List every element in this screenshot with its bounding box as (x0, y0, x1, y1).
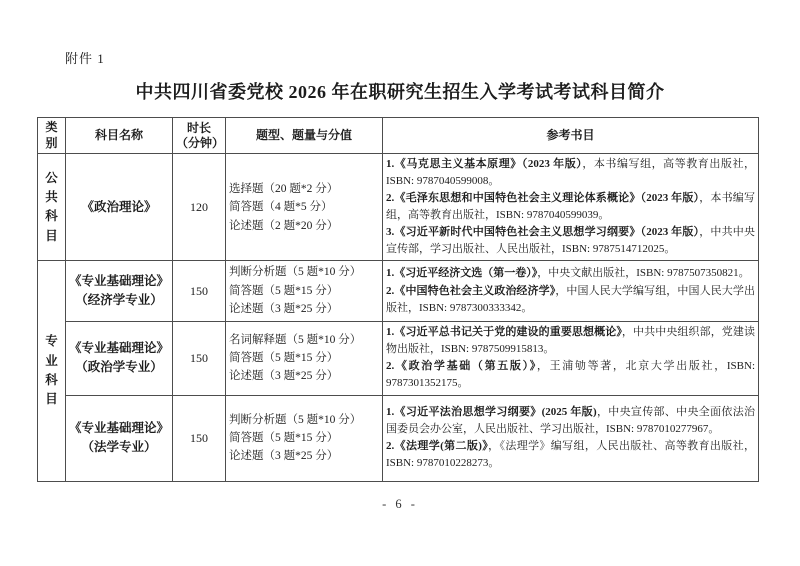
subject-name: 《专业基础理论》 (69, 419, 169, 438)
subject-name: 《政治理论》 (69, 198, 169, 217)
duration-cell: 150 (173, 321, 226, 395)
header-duration-label: 时长 (176, 121, 222, 136)
table-header-row: 类别 科目名称 时长 （分钟） 题型、题量与分值 参考书目 (38, 118, 759, 154)
question-type-line: 简答题（5 题*15 分） (229, 349, 379, 367)
question-type-line: 简答题（4 题*5 分） (229, 198, 379, 216)
references-cell: 1.《习近平总书记关于党的建设的重要思想概论》，中共中央组织部，党建读物出版社，… (383, 321, 759, 395)
category-cell-public: 公共科目 (38, 154, 66, 261)
reference-entry: 1.《习近平总书记关于党的建设的重要思想概论》，中共中央组织部，党建读物出版社，… (386, 324, 755, 358)
subject-cell: 《专业基础理论》 （政治学专业） (66, 321, 173, 395)
references-cell: 1.《马克思主义基本原理》（2023 年版），本书编写组，高等教育出版社，ISB… (383, 154, 759, 261)
subject-cell: 《专业基础理论》 （经济学专业） (66, 261, 173, 321)
reference-detail: ，中央文献出版社，ISBN: 9787507350821。 (537, 267, 749, 279)
header-cell-references: 参考书目 (383, 118, 759, 154)
question-type-line: 论述题（3 题*25 分） (229, 300, 379, 318)
reference-entry: 1.《马克思主义基本原理》（2023 年版），本书编写组，高等教育出版社，ISB… (386, 156, 755, 190)
subject-cell: 《专业基础理论》 （法学专业） (66, 395, 173, 481)
reference-title: 2.《法理学(第二版)》 (386, 440, 488, 452)
category-cell-professional: 专业科目 (38, 261, 66, 481)
reference-entry: 2.《毛泽东思想和中国特色社会主义理论体系概论》（2023 年版），本书编写组，… (386, 190, 755, 224)
duration-cell: 120 (173, 154, 226, 261)
reference-entry: 2.《法理学(第二版)》，《法理学》编写组，人民出版社、高等教育出版社，ISBN… (386, 438, 755, 472)
reference-title: 1.《马克思主义基本原理》（2023 年版） (386, 158, 582, 170)
subject-major: （经济学专业） (69, 291, 169, 310)
duration-cell: 150 (173, 395, 226, 481)
page-number: - 6 - (0, 497, 800, 512)
header-category-label: 类别 (46, 120, 58, 151)
references-cell: 1.《习近平经济文选（第一卷）》，中央文献出版社，ISBN: 978750735… (383, 261, 759, 321)
header-cell-duration: 时长 （分钟） (173, 118, 226, 154)
question-type-line: 论述题（3 题*25 分） (229, 447, 379, 465)
table-row: 专业科目 《专业基础理论》 （经济学专业） 150 判断分析题（5 题*10 分… (38, 261, 759, 321)
reference-entry: 3.《习近平新时代中国特色社会主义思想学习纲要》（2023 年版），中共中央宣传… (386, 224, 755, 258)
table-row: 《专业基础理论》 （政治学专业） 150 名词解释题（5 题*10 分） 简答题… (38, 321, 759, 395)
header-references-label: 参考书目 (546, 128, 594, 142)
table-row: 《专业基础理论》 （法学专业） 150 判断分析题（5 题*10 分） 简答题（… (38, 395, 759, 481)
question-type-line: 名词解释题（5 题*10 分） (229, 331, 379, 349)
duration-cell: 150 (173, 261, 226, 321)
question-type-line: 简答题（5 题*15 分） (229, 282, 379, 300)
question-type-line: 判断分析题（5 题*10 分） (229, 411, 379, 429)
questions-cell: 判断分析题（5 题*10 分） 简答题（5 题*15 分） 论述题（3 题*25… (226, 395, 383, 481)
subject-cell: 《政治理论》 (66, 154, 173, 261)
question-type-line: 判断分析题（5 题*10 分） (229, 263, 379, 281)
reference-title: 1.《习近平法治思想学习纲要》(2025 年版) (386, 406, 597, 418)
reference-entry: 1.《习近平经济文选（第一卷）》，中央文献出版社，ISBN: 978750735… (386, 265, 755, 282)
subject-major: （法学专业） (69, 438, 169, 457)
exam-subjects-table: 类别 科目名称 时长 （分钟） 题型、题量与分值 参考书目 公共科目 《政治理论… (37, 117, 759, 482)
header-cell-questions: 题型、题量与分值 (226, 118, 383, 154)
questions-cell: 判断分析题（5 题*10 分） 简答题（5 题*15 分） 论述题（3 题*25… (226, 261, 383, 321)
category-label-public: 公共科目 (45, 169, 58, 247)
question-type-line: 选择题（20 题*2 分） (229, 180, 379, 198)
question-type-line: 论述题（3 题*25 分） (229, 367, 379, 385)
questions-cell: 名词解释题（5 题*10 分） 简答题（5 题*15 分） 论述题（3 题*25… (226, 321, 383, 395)
document-title: 中共四川省委党校 2026 年在职研究生招生入学考试考试科目简介 (0, 78, 800, 104)
reference-entry: 2.《中国特色社会主义政治经济学》，中国人民大学编写组，中国人民大学出版社，IS… (386, 283, 755, 317)
reference-title: 2.《毛泽东思想和中国特色社会主义理论体系概论》（2023 年版） (386, 192, 699, 204)
references-cell: 1.《习近平法治思想学习纲要》(2025 年版)，中央宣传部、中央全面依法治国委… (383, 395, 759, 481)
reference-title: 1.《习近平经济文选（第一卷）》 (386, 267, 537, 279)
category-label-professional: 专业科目 (45, 332, 58, 410)
subject-name: 《专业基础理论》 (69, 272, 169, 291)
header-cell-category: 类别 (38, 118, 66, 154)
header-duration-unit: （分钟） (176, 136, 222, 151)
subject-major: （政治学专业） (69, 358, 169, 377)
reference-entry: 2.《政治学基础（第五版）》，王浦劬等著，北京大学出版社，ISBN: 97873… (386, 358, 755, 392)
questions-cell: 选择题（20 题*2 分） 简答题（4 题*5 分） 论述题（2 题*20 分） (226, 154, 383, 261)
reference-title: 2.《中国特色社会主义政治经济学》 (386, 285, 555, 297)
reference-entry: 1.《习近平法治思想学习纲要》(2025 年版)，中央宣传部、中央全面依法治国委… (386, 404, 755, 438)
header-subject-label: 科目名称 (95, 128, 143, 142)
reference-title: 1.《习近平总书记关于党的建设的重要思想概论》 (386, 326, 622, 338)
document-page: { "page": { "attachment_label": "附件 1", … (0, 0, 800, 566)
question-type-line: 简答题（5 题*15 分） (229, 429, 379, 447)
reference-title: 2.《政治学基础（第五版）》 (386, 360, 537, 372)
table-row: 公共科目 《政治理论》 120 选择题（20 题*2 分） 简答题（4 题*5 … (38, 154, 759, 261)
attachment-label: 附件 1 (65, 48, 105, 67)
question-type-line: 论述题（2 题*20 分） (229, 217, 379, 235)
reference-title: 3.《习近平新时代中国特色社会主义思想学习纲要》（2023 年版） (386, 226, 699, 238)
subject-name: 《专业基础理论》 (69, 339, 169, 358)
header-questions-label: 题型、题量与分值 (256, 128, 352, 142)
header-cell-subject: 科目名称 (66, 118, 173, 154)
